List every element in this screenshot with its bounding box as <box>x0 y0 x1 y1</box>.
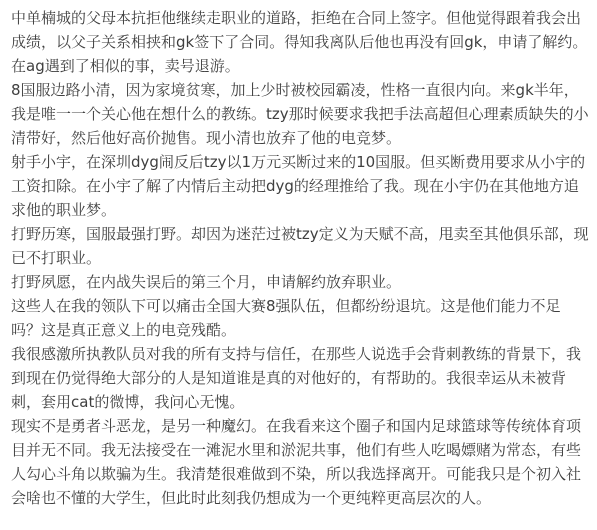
paragraph: 我很感激所执教队员对我的所有支持与信任，在那些人说选手会背刺教练的背景下，我到现… <box>11 342 589 414</box>
post-content: 中单楠城的父母本抗拒他继续走职业的道路，拒绝在合同上签字。但他觉得跟着我会出成绩… <box>0 0 597 510</box>
paragraph: 射手小宇，在深圳dyg闹反后tzy以1万元买断过来的10国服。但买断费用要求从小… <box>11 150 589 222</box>
paragraph: 打野历寒，国服最强打野。却因为迷茫过被tzy定义为天赋不高，甩卖至其他俱乐部，现… <box>11 222 589 270</box>
paragraph: 现实不是勇者斗恶龙，是另一种魔幻。在我看来这个圈子和国内足球篮球等传统体育项目并… <box>11 414 589 510</box>
paragraph: 中单楠城的父母本抗拒他继续走职业的道路，拒绝在合同上签字。但他觉得跟着我会出成绩… <box>11 6 589 78</box>
paragraph: 这些人在我的领队下可以痛击全国大赛8强队伍，但都纷纷退坑。这是他们能力不足吗？这… <box>11 294 589 342</box>
paragraph: 打野夙愿，在内战失误后的第三个月，申请解约放弃职业。 <box>11 270 589 294</box>
paragraph: 8国服边路小清，因为家境贫寒，加上少时被校园霸凌，性格一直很内向。来gk半年，我… <box>11 78 589 150</box>
